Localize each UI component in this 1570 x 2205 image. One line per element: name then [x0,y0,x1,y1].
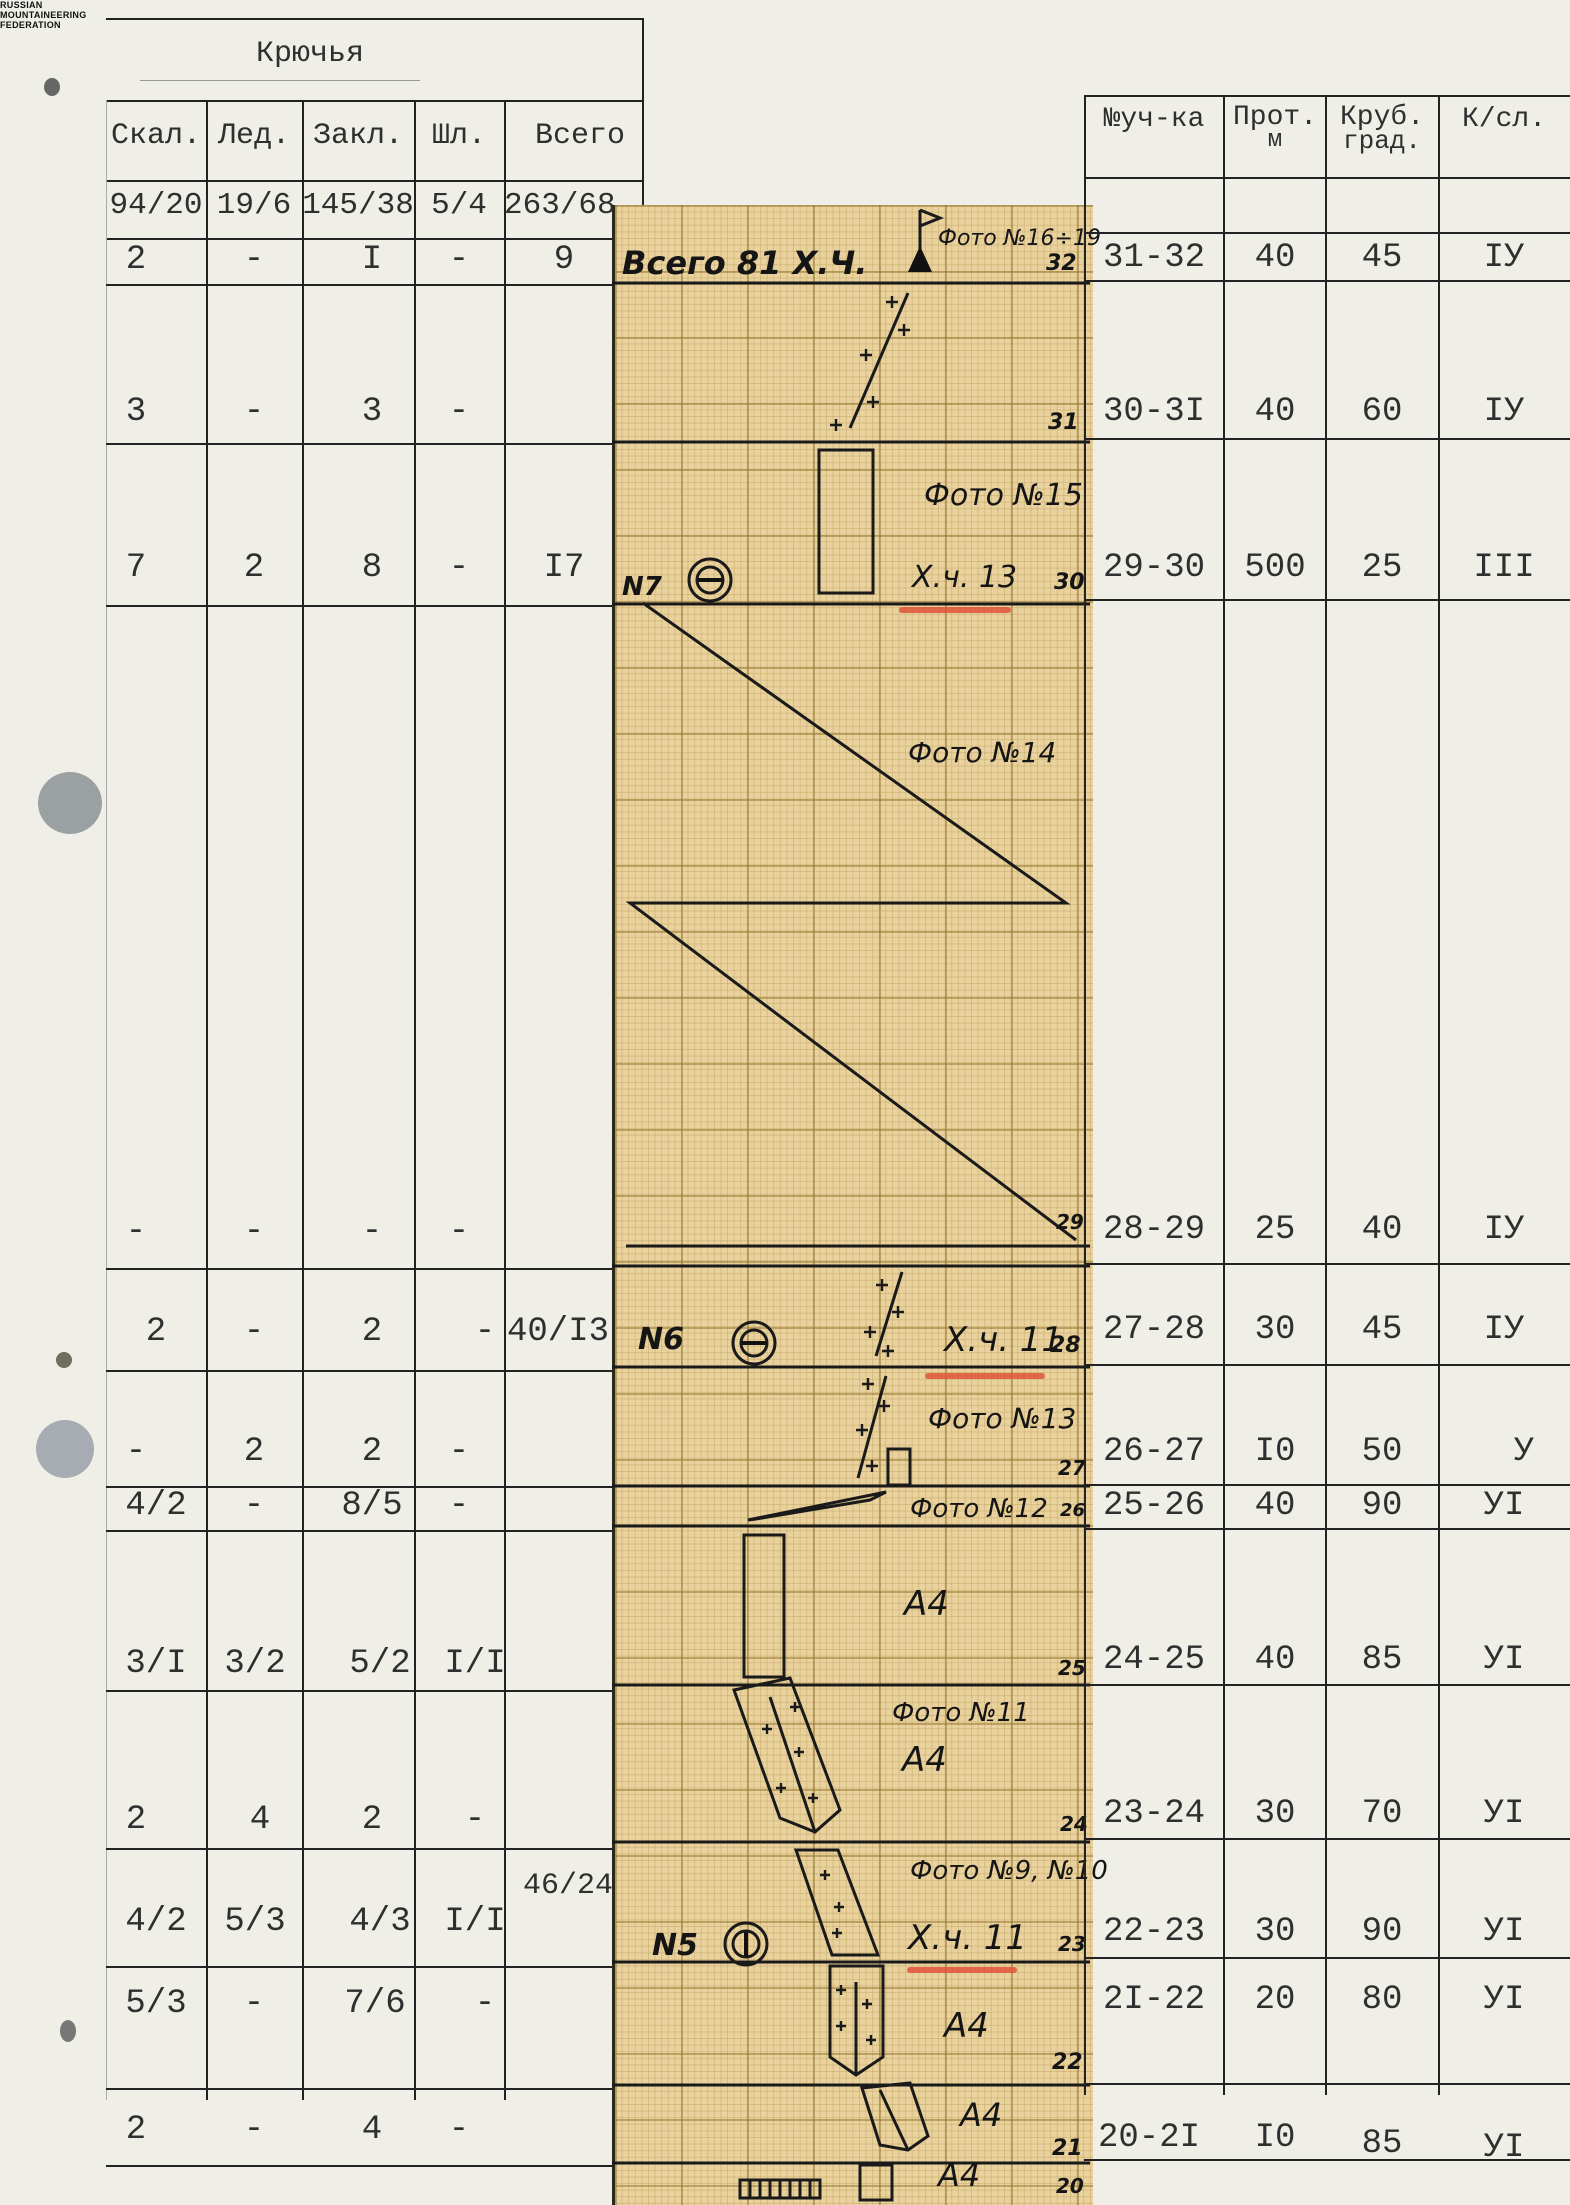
cell-length: 500 [1225,548,1325,588]
cell-length: 40 [1225,238,1325,278]
point-number: 32 [1046,251,1077,276]
col-header-section: №уч-ка [1086,100,1222,140]
cell-category: IУ [1440,1210,1568,1250]
grade-a4-label: А4 [902,1740,947,1780]
cell-category: У [1460,1432,1570,1472]
photo-9-10-label: Фото №9, №10 [910,1856,1108,1886]
grade-a4-label: А4 [938,2156,980,2194]
grade-a4-label: А4 [944,2006,989,2046]
cell-length: 25 [1225,1210,1325,1250]
col-header-steepness-unit: град. [1327,130,1437,152]
point-number: 21 [1052,2136,1083,2161]
hours-11-label: Х.ч. 11 [908,1918,1027,1958]
cell-steepness: 90 [1327,1912,1437,1952]
point-number: 20 [1056,2174,1084,2198]
cell-steepness: 60 [1327,392,1437,432]
cell-section: 24-25 [1086,1640,1222,1680]
cell-length: 40 [1225,1640,1325,1680]
cell-section: 29-30 [1086,548,1222,588]
grade-a4-label: А4 [960,2096,1002,2134]
summit-photo-label: Фото №16÷19 [938,226,1101,251]
photo-13-label: Фото №13 [928,1402,1076,1435]
photo-11-label: Фото №11 [892,1698,1030,1728]
cell-length: 30 [1225,1794,1325,1834]
cell-length: 30 [1225,1310,1325,1350]
bivouac-n7-label: N7 [622,572,662,602]
cell-steepness: 80 [1327,1980,1437,2020]
col-header-length: Прот. м [1225,106,1325,152]
cell-category: УI [1440,1980,1568,2020]
bivouac-n5-label: N5 [652,1928,698,1963]
cell-section: 30-3I [1086,392,1222,432]
col-header-length-unit: м [1225,130,1325,152]
cell-length: 40 [1225,392,1325,432]
hours-11-label: Х.ч. 11 [944,1320,1063,1360]
point-number: 31 [1048,410,1079,435]
cell-category: IУ [1440,238,1568,278]
cell-section: 28-29 [1086,1210,1222,1250]
cell-category: IУ [1440,1310,1568,1350]
point-number: 23 [1058,1932,1086,1956]
point-number: 22 [1052,2050,1083,2075]
cell-section: 2I-22 [1086,1980,1222,2020]
col-header-category: К/сл. [1440,100,1568,140]
point-number: 25 [1058,1656,1086,1680]
cell-section: 23-24 [1086,1794,1222,1834]
cell-category: УI [1440,2128,1568,2168]
cell-steepness: 70 [1327,1794,1437,1834]
point-number: 29 [1056,1210,1084,1234]
cell-steepness: 85 [1327,1640,1437,1680]
cell-section: 25-26 [1086,1486,1222,1526]
col-header-steepness: Круб. град. [1327,106,1437,152]
cell-length: I0 [1225,2118,1325,2158]
cell-length: 40 [1225,1486,1325,1526]
cell-length: 30 [1225,1912,1325,1952]
cell-steepness: 85 [1327,2124,1437,2164]
cell-section: 26-27 [1086,1432,1222,1472]
cell-section: 20-2I [1086,2118,1212,2158]
photo-14-label: Фото №14 [908,736,1056,769]
photo-15-label: Фото №15 [924,478,1083,513]
cell-steepness: 45 [1327,238,1437,278]
cell-category: УI [1440,1912,1568,1952]
cell-section: 22-23 [1086,1912,1222,1952]
photo-12-label: Фото №12 [910,1494,1048,1524]
point-number: 30 [1054,570,1085,595]
cell-category: УI [1440,1794,1568,1834]
cell-category: УI [1440,1486,1568,1526]
cell-length: 20 [1225,1980,1325,2020]
cell-steepness: 40 [1327,1210,1437,1250]
point-number: 26 [1060,1500,1085,1521]
grade-a4-label: А4 [904,1584,949,1624]
cell-section: 27-28 [1086,1310,1222,1350]
cell-category: УI [1440,1640,1568,1680]
cell-steepness: 45 [1327,1310,1437,1350]
cell-length: I0 [1225,1432,1325,1472]
cell-category: IУ [1440,392,1568,432]
cell-steepness: 90 [1327,1486,1437,1526]
cell-steepness: 25 [1327,548,1437,588]
cell-section: 31-32 [1086,238,1222,278]
point-number: 27 [1058,1456,1086,1480]
route-total-label: Всего 81 Х.Ч. [622,244,867,282]
bivouac-n6-label: N6 [638,1322,684,1357]
cell-steepness: 50 [1327,1432,1437,1472]
route-diagram-drawing [0,0,1570,2205]
hours-13-label: Х.ч. 13 [912,560,1017,595]
cell-category: III [1440,548,1568,588]
